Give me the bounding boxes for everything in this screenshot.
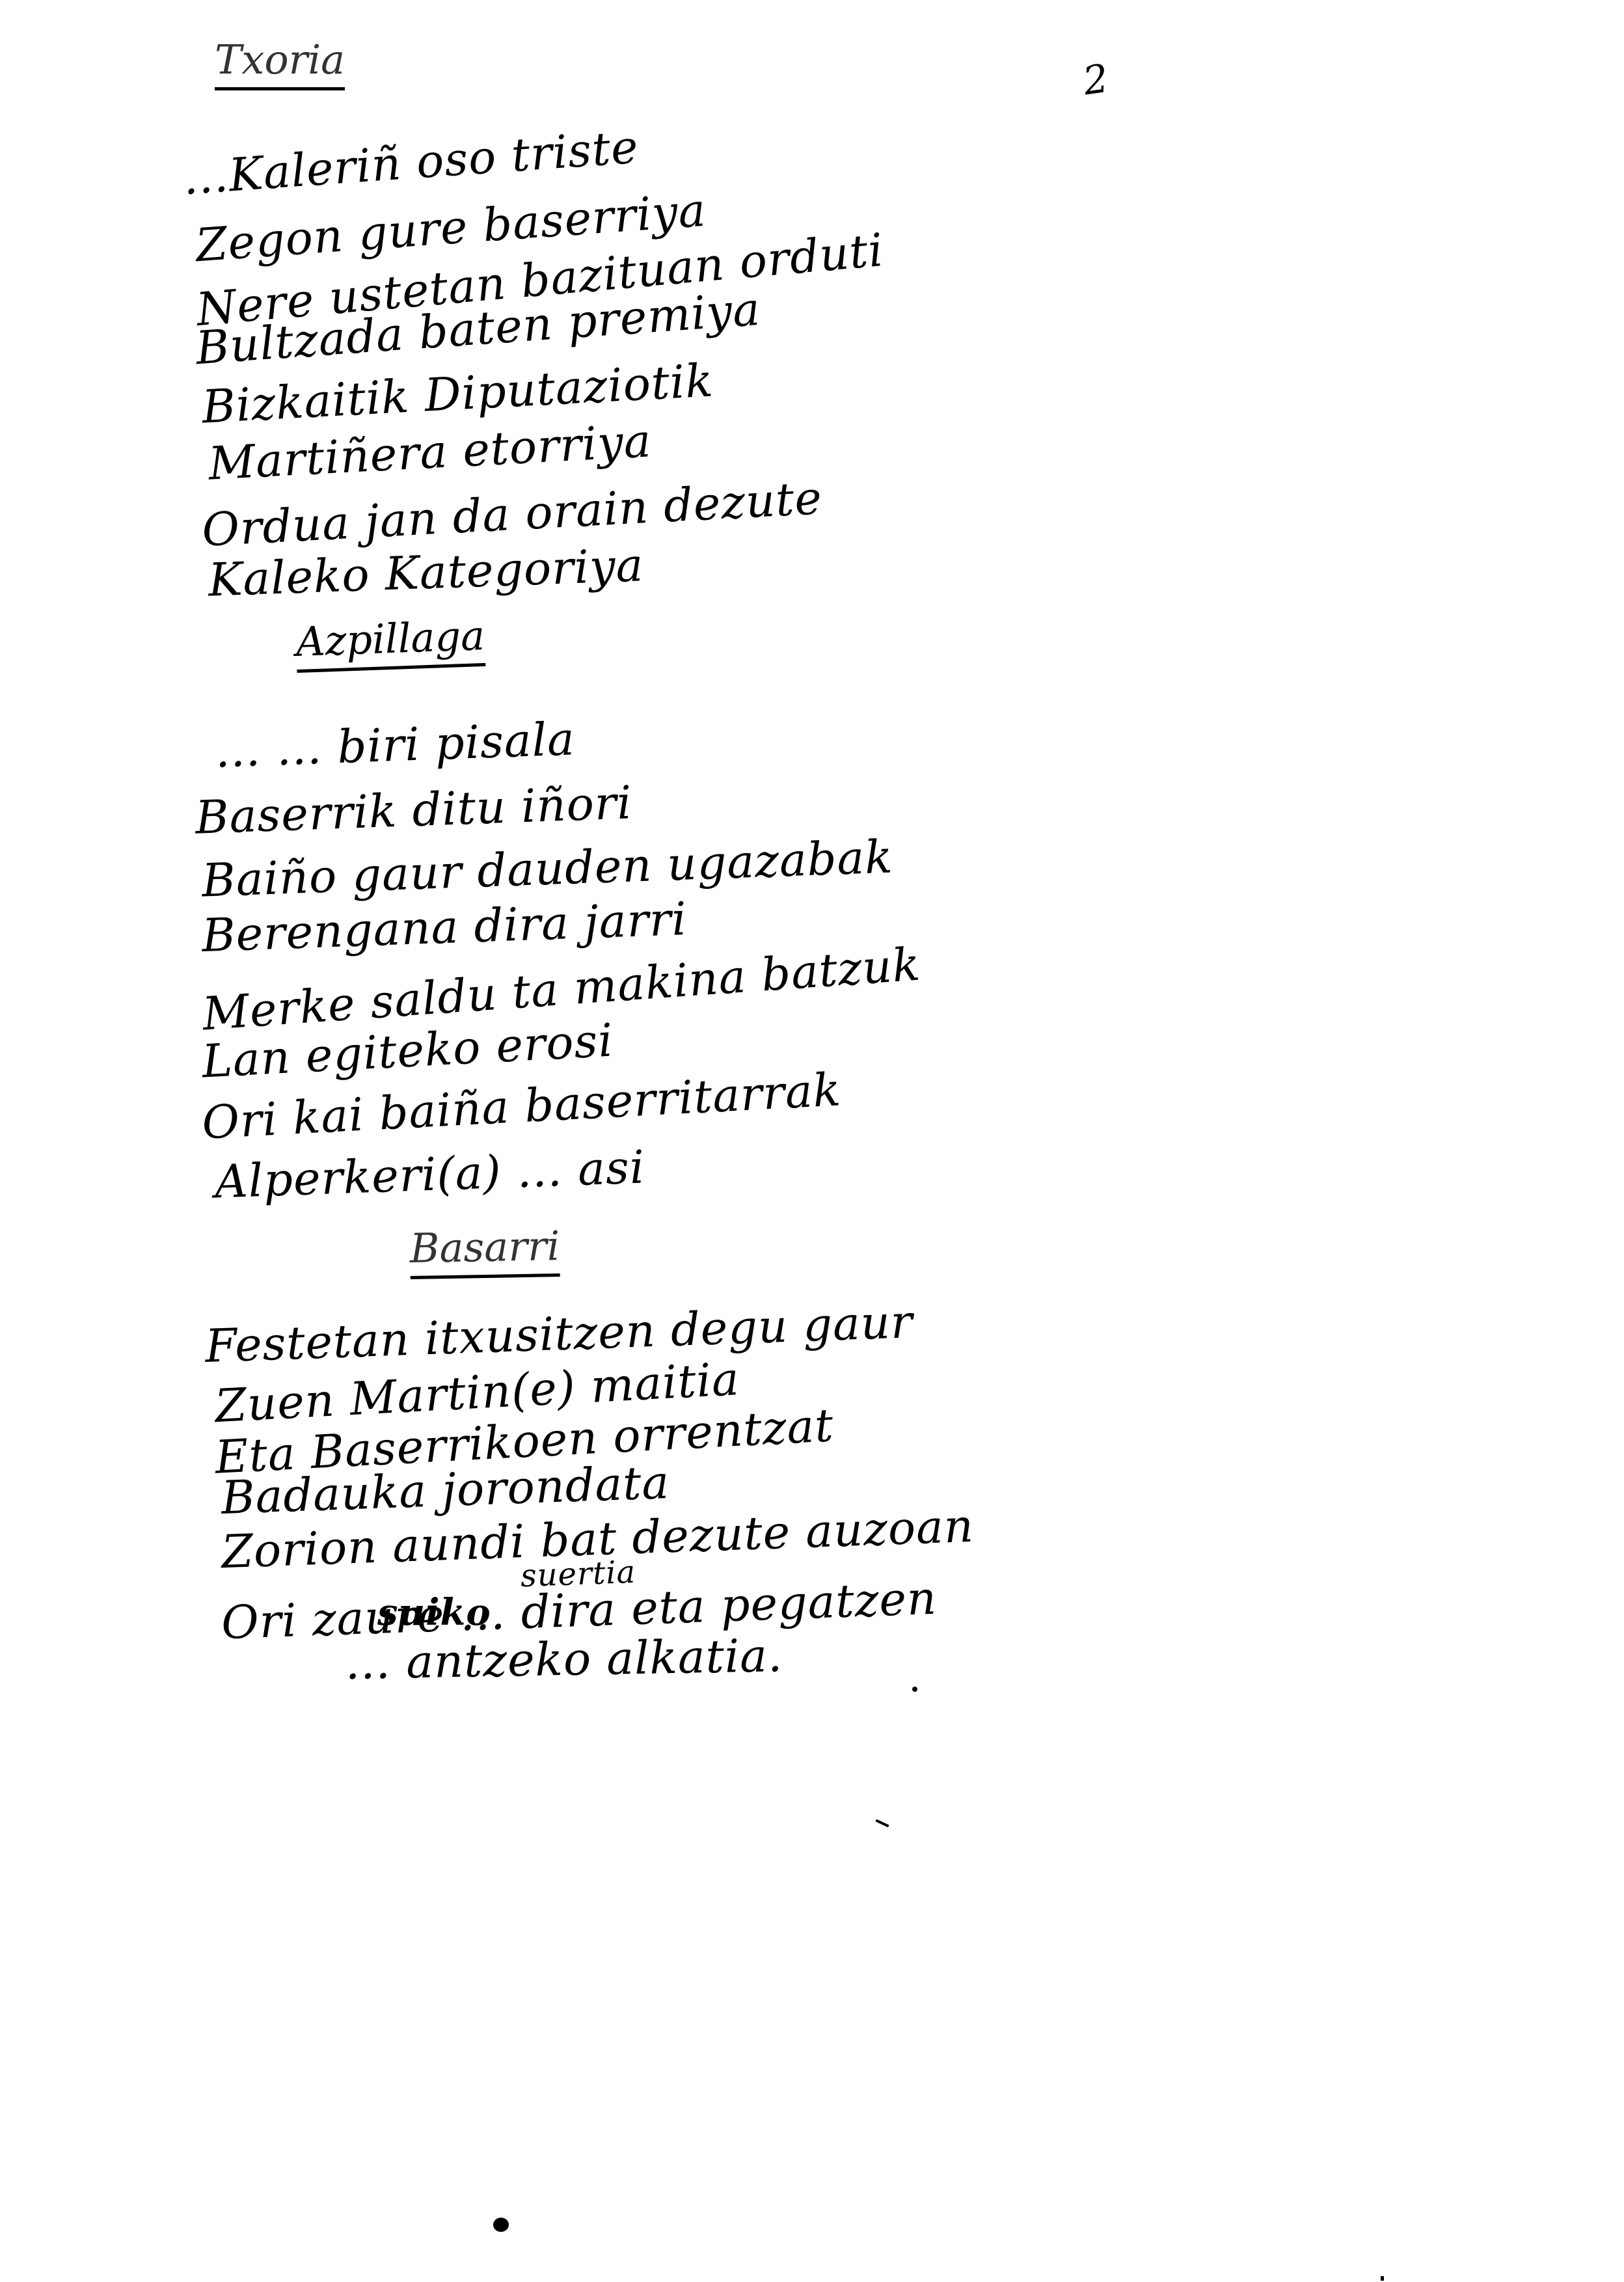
ink-stroke: [875, 1819, 889, 1828]
struck-word: suiko: [377, 1594, 491, 1631]
verse-line: … … biri pisala: [214, 716, 576, 774]
ink-speck: [1381, 2276, 1384, 2281]
verse-line: Baserrik ditu iñori: [195, 780, 633, 840]
manuscript-page: 2 Txoria …Kaleriñ oso triste Zegon gure …: [0, 0, 1624, 2282]
verse-line: Kaleko Kategoriya: [208, 542, 644, 603]
verse-line: Ordua jan da orain dezute: [201, 475, 823, 553]
verse-line: Baiño gaur dauden ugazabak: [201, 834, 894, 903]
page-number: 2: [1080, 56, 1111, 105]
stanza-1-heading: Txoria: [215, 36, 345, 90]
ink-blot: [493, 2218, 509, 2232]
ink-dot: [912, 1687, 917, 1692]
stanza-2-heading: Azpillaga: [295, 612, 486, 673]
verse-line: … antzeko alkatia.: [344, 1633, 783, 1686]
stanza-3-heading: Basarri: [409, 1222, 560, 1279]
verse-line: Berengana dira jarri: [201, 896, 688, 958]
verse-line: Festetan itxusitzen degu gaur: [204, 1299, 913, 1369]
verse-line: Alperkeri(a) … asi: [214, 1144, 645, 1204]
verse-line: …Kaleriñ oso triste: [181, 124, 640, 202]
